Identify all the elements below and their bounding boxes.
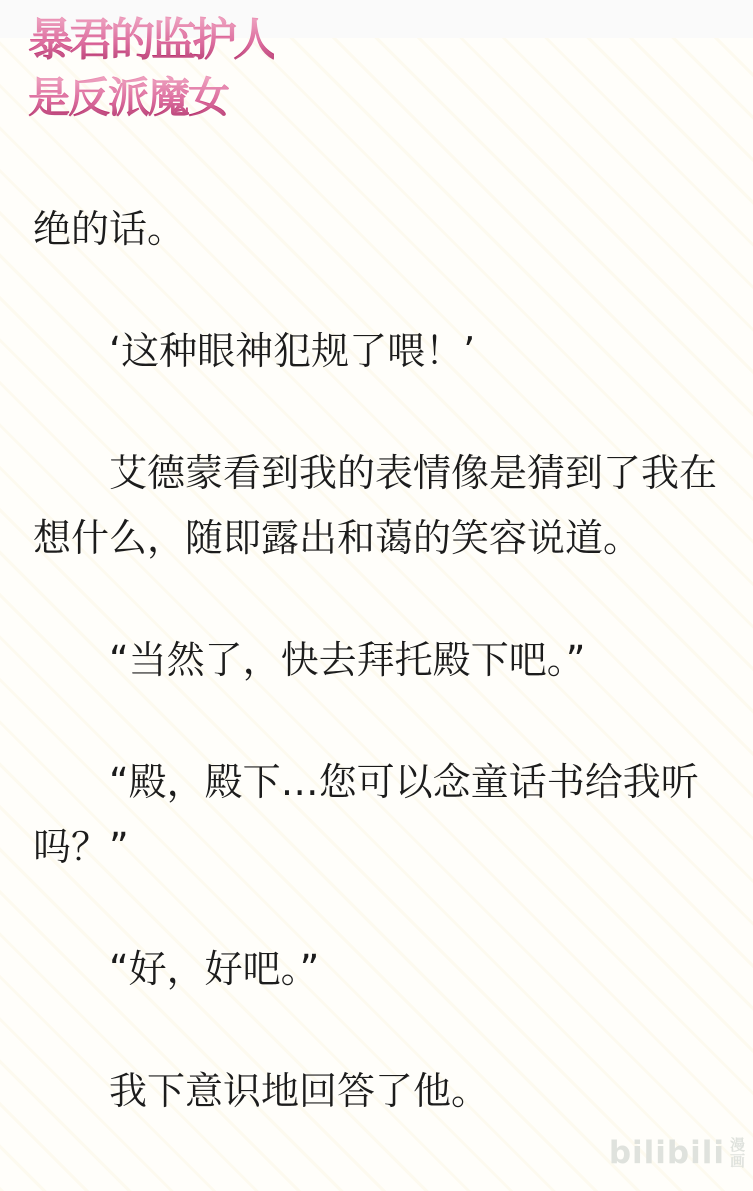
- paragraph: 艾德蒙看到我的表情像是猜到了我在想什么，随即露出和蔼的笑容说道。: [33, 441, 720, 571]
- bilibili-logo-text: bilibili: [609, 1135, 725, 1171]
- paragraph: “好，好吧。”: [33, 937, 720, 1002]
- manga-page[interactable]: 暴君的监护人 是反派魔女 绝的话。‘这种眼神犯规了喂！’艾德蒙看到我的表情像是猜…: [0, 0, 753, 1191]
- series-title-line1: 暴君的监护人: [28, 10, 274, 70]
- watermark-manga-label: 漫画: [728, 1137, 745, 1169]
- series-title-line2: 是反派魔女: [28, 70, 274, 125]
- paragraph: 我下意识地回答了他。: [33, 1059, 720, 1124]
- page-text: 绝的话。‘这种眼神犯规了喂！’艾德蒙看到我的表情像是猜到了我在想什么，随即露出和…: [0, 197, 753, 1181]
- paragraph: ‘这种眼神犯规了喂！’: [33, 319, 720, 384]
- bilibili-watermark: bilibili 漫画: [609, 1135, 745, 1171]
- series-title-logo: 暴君的监护人 是反派魔女: [28, 10, 274, 125]
- paragraph: 绝的话。: [33, 197, 720, 262]
- paragraph: “当然了，快去拜托殿下吧。”: [33, 628, 720, 693]
- paragraph: “殿，殿下…您可以念童话书给我听吗？”: [33, 750, 720, 880]
